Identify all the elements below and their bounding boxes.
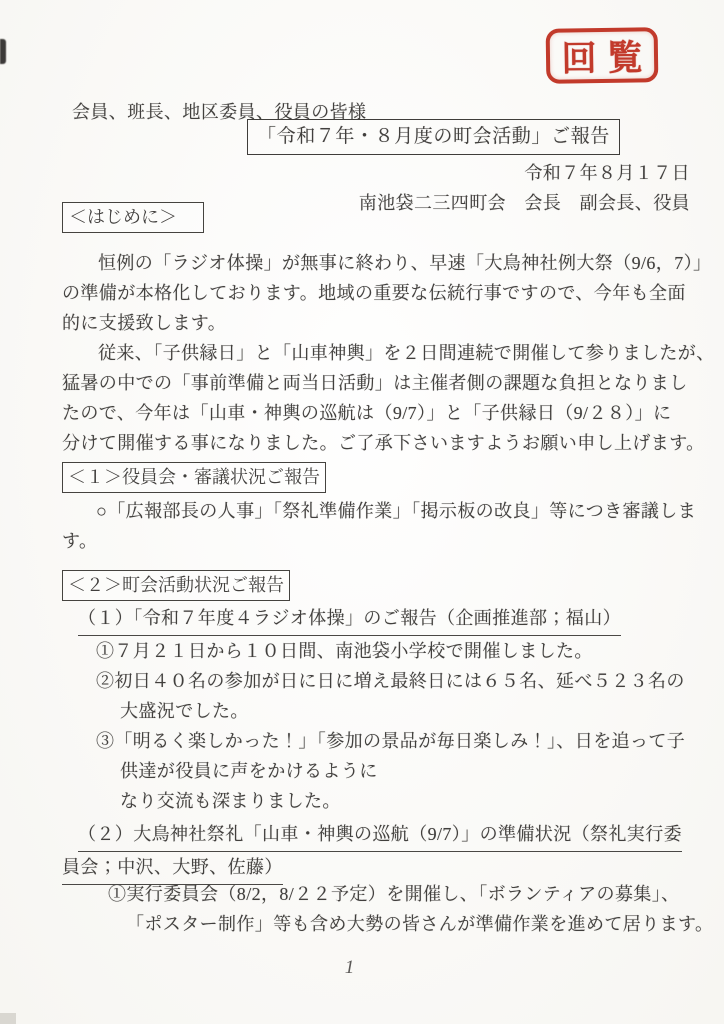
date-line: 令和７年８月１７日 [62,158,724,188]
intro-paragraph-2: 従来、「子供縁日」と「山車神輿」を２日間連続で開催して参りましたが、 猛暑の中で… [62,338,694,458]
list-item: 「ポスター制作」等も含め大勢の皆さんが準備作業を進めて居ります。 [62,909,694,939]
intro-paragraph-1: 恒例の「ラジオ体操」が無事に終わり、早速「大鳥神社例大祭（9/6，7）」 の準備… [62,248,694,338]
kairan-circulation-stamp: 回覧 [546,27,659,84]
text-line: 恒例の「ラジオ体操」が無事に終わり、早速「大鳥神社例大祭（9/6，7）」 [62,248,694,278]
list-item: 供達が役員に声をかけるように [62,756,694,786]
page-number: 1 [320,957,380,979]
section-2-sub2-items: ①実行委員会（8/2，8/２２予定）を開催し、「ボランティアの募集」、 「ポスタ… [62,879,694,939]
list-item: 大盛況でした。 [62,696,694,726]
section-2: ＜２＞町会活動状況ご報告 [62,570,694,601]
scan-edge-artifact [0,39,6,64]
sub1-heading-text: （１）「令和７年度４ラジオ体操」のご報告（企画推進部；福山） [78,603,621,636]
text-line: 従来、「子供縁日」と「山車神輿」を２日間連続で開催して参りましたが、 [62,338,694,368]
list-item: ①実行委員会（8/2，8/２２予定）を開催し、「ボランティアの募集」、 [62,879,694,909]
list-item: なり交流も深まりました。 [62,786,694,816]
scan-corner-artifact [0,1013,16,1024]
section-2-sub2-heading: （２）大鳥神社祭礼「山車・神輿の巡航（9/7）」の準備状況（祭礼実行委 員会；中… [62,819,694,885]
section-2-heading-box: ＜２＞町会活動状況ご報告 [62,570,290,601]
list-item: ②初日４０名の参加が日に日に増え最終日には６５名、延べ５２３名の [62,666,694,696]
text-line: 的に支援致します。 [62,308,694,338]
section-1-heading-box: ＜１＞役員会・審議状況ご報告 [62,462,326,493]
text-line: 分けて開催する事になりました。ご了承下さいますようお願い申し上げます。 [62,428,694,458]
sub2-heading-line: （２）大鳥神社祭礼「山車・神輿の巡航（9/7）」の準備状況（祭礼実行委 [78,819,682,852]
text-line: の準備が本格化しております。地域の重要な伝統行事ですので、今年も全面 [62,278,694,308]
section-1-body: ○「広報部長の人事」「祭礼準備作業」「掲示板の改良」等につき審議しま す。 [62,496,694,556]
intro-heading-box: ＜はじめに＞ [62,202,204,233]
scanned-document-page: 回覧 会員、班長、地区委員、役員の皆様 「令和７年・８月度の町会活動」ご報告 令… [0,0,724,1024]
text-line: ○「広報部長の人事」「祭礼準備作業」「掲示板の改良」等につき審議しま [62,496,694,526]
text-line: す。 [62,526,694,556]
list-item: ①７月２１日から１０日間、南池袋小学校で開催しました。 [62,636,694,666]
section-1: ＜１＞役員会・審議状況ご報告 [62,462,694,493]
section-2-sub1-heading: （１）「令和７年度４ラジオ体操」のご報告（企画推進部；福山） [62,603,694,636]
kairan-stamp-label: 回覧 [550,30,654,81]
text-line: 猛暑の中での「事前準備と両当日活動」は主催者側の課題な負担となりまし [62,368,694,398]
document-title: 「令和７年・８月度の町会活動」ご報告 [247,119,620,155]
list-item: ③「明るく楽しかった！」「参加の景品が毎日楽しみ！」、日を追って子 [62,726,694,756]
text-line: たので、今年は「山車・神輿の巡航は（9/7）」と「子供縁日（9/２８）」に [62,398,694,428]
section-2-sub1-items: ①７月２１日から１０日間、南池袋小学校で開催しました。 ②初日４０名の参加が日に… [62,636,694,816]
